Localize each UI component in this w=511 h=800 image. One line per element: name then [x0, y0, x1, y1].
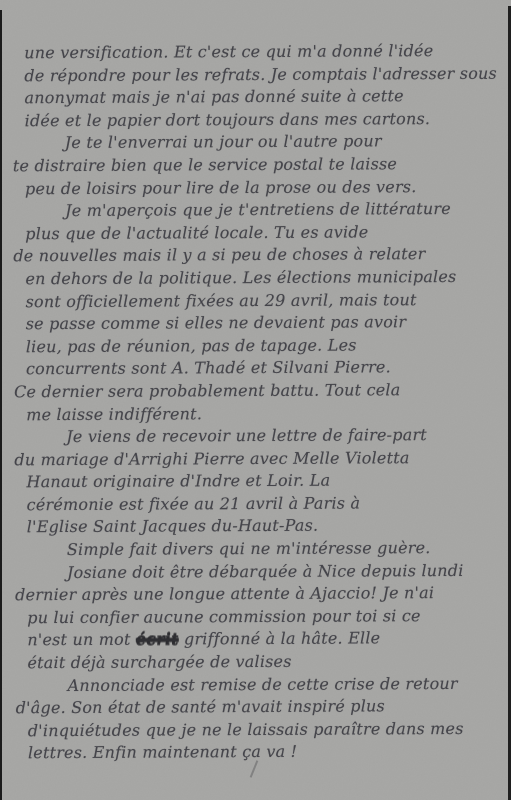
letter-line: de répondre pour les refrats. Je comptai… — [24, 63, 495, 88]
letter-line: était déjà surchargée de valises — [27, 651, 498, 676]
letter-line: Je viens de recevoir une lettre de faire… — [66, 425, 497, 450]
letter-line: lieu, pas de réunion, pas de tapage. Les — [26, 334, 497, 359]
letter-line: sont officiellement fixées au 29 avril, … — [26, 289, 497, 314]
letter-line: en dehors de la politique. Les élections… — [25, 267, 496, 292]
letter-line: Hanaut originaire d'Indre et Loir. La — [26, 470, 497, 495]
letter-line: du mariage d'Arrighi Pierre avec Melle V… — [14, 447, 497, 472]
letter-line: se passe comme si elles ne devaient pas … — [26, 312, 497, 337]
letter-line: Je te l'enverrai un jour ou l'autre pour — [65, 131, 496, 156]
letter-line: d'inquiétudes que je ne le laissais para… — [28, 719, 499, 744]
scan-edge-left — [0, 10, 2, 800]
letter-line: te distraire bien que le service postal … — [13, 154, 496, 179]
letter-line: dernier après une longue attente à Ajacc… — [15, 583, 498, 608]
letter-line: Annonciade est remise de cette crise de … — [68, 673, 499, 698]
letter-line: de nouvelles mais il y a si peu de chose… — [13, 244, 496, 269]
letter-body: une versification. Et c'est ce qui m'a d… — [0, 0, 511, 766]
letter-line: n'est un mot écrit griffonné à la hâte. … — [27, 628, 498, 653]
letter-line: anonymat mais je n'ai pas donné suite à … — [24, 86, 495, 111]
letter-line: Josiane doit être débarquée à Nice depui… — [67, 560, 498, 585]
scanned-letter-page: une versification. Et c'est ce qui m'a d… — [0, 0, 511, 800]
letter-line: me laisse indifférent. — [26, 402, 497, 427]
letter-line: cérémonie est fixée au 21 avril à Paris … — [27, 493, 498, 518]
letter-line: une versification. Et c'est ce qui m'a d… — [24, 41, 495, 66]
letter-line: peu de loisirs pour lire de la prose ou … — [25, 176, 496, 201]
letter-line: idée et le papier dort toujours dans mes… — [25, 109, 496, 134]
letter-line: Simple fait divers qui ne m'intéresse gu… — [67, 538, 498, 563]
struck-out-word: écrit — [136, 630, 179, 649]
letter-line: Je m'aperçois que je t'entretiens de lit… — [65, 199, 496, 224]
letter-line: d'âge. Son état de santé m'avait inspiré… — [16, 696, 499, 721]
letter-line: Ce dernier sera probablement battu. Tout… — [14, 380, 497, 405]
letter-line: l'Eglise Saint Jacques du-Haut-Pas. — [27, 515, 498, 540]
letter-line: lettres. Enfin maintenant ça va ! — [28, 741, 499, 766]
letter-line: pu lui confier aucune commission pour to… — [27, 606, 498, 631]
letter-line: plus que de l'actualité locale. Tu es av… — [25, 221, 496, 246]
letter-line: concurrents sont A. Thadé et Silvani Pie… — [26, 357, 497, 382]
